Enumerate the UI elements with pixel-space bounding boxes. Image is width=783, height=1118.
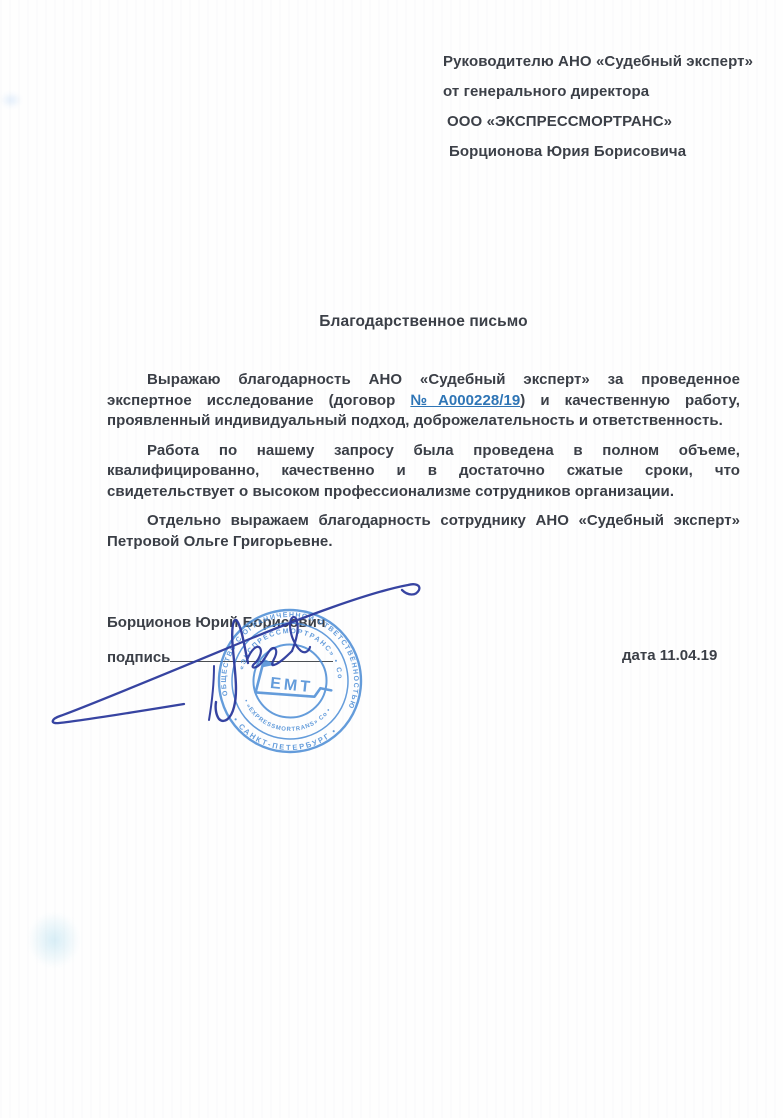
signature-label: подпись [107, 649, 170, 666]
recipient-line: Руководителю АНО «Судебный эксперт» [443, 47, 753, 77]
date-line: дата 11.04.19 [622, 647, 717, 664]
signatory-name: Борционов Юрий Борисович [107, 614, 326, 631]
paragraph-employee-thanks: Отдельно выражаем благодарность сотрудни… [107, 511, 740, 552]
svg-text:• САНКТ-ПЕТЕРБУРГ •: • САНКТ-ПЕТЕРБУРГ • [229, 715, 340, 757]
date-value: 11.04.19 [660, 647, 718, 664]
signature-stroke [216, 620, 248, 721]
recipient-line: от генерального директора [443, 77, 753, 107]
stamp-inner-bottom-text: • «EXPRESSMORTRANS» Co • [239, 698, 333, 737]
recipient-block: Руководителю АНО «Судебный эксперт» от г… [443, 47, 753, 167]
stamp-outer-bottom-text: • САНКТ-ПЕТЕРБУРГ • [229, 715, 340, 757]
signature-stroke [209, 666, 214, 720]
letter-title: Благодарственное письмо [107, 313, 740, 331]
recipient-line: Борционова Юрия Борисовича [443, 137, 753, 167]
signature-line: подпись [107, 646, 333, 666]
ink-smudge [0, 92, 22, 108]
contract-number-link[interactable]: №А000228/19 [410, 392, 520, 409]
paragraph-gratitude: Выражаю благодарность АНО «Судебный эксп… [107, 370, 740, 432]
recipient-line: ООО «ЭКСПРЕССМОРТРАНС» [443, 107, 753, 137]
svg-text:• «EXPRESSMORTRANS» Co •: • «EXPRESSMORTRANS» Co • [239, 698, 333, 737]
paragraph-work-quality: Работа по нашему запросу была проведена … [107, 441, 740, 503]
stamp-emt-text: ЕМТ [269, 675, 313, 696]
ink-smudge [28, 912, 80, 968]
date-label: дата [622, 647, 656, 664]
signature-rule [170, 646, 333, 662]
stamp-middle-circle [226, 617, 353, 744]
letter-page: Руководителю АНО «Судебный эксперт» от г… [0, 0, 783, 1118]
letter-body: Выражаю благодарность АНО «Судебный эксп… [107, 370, 740, 561]
